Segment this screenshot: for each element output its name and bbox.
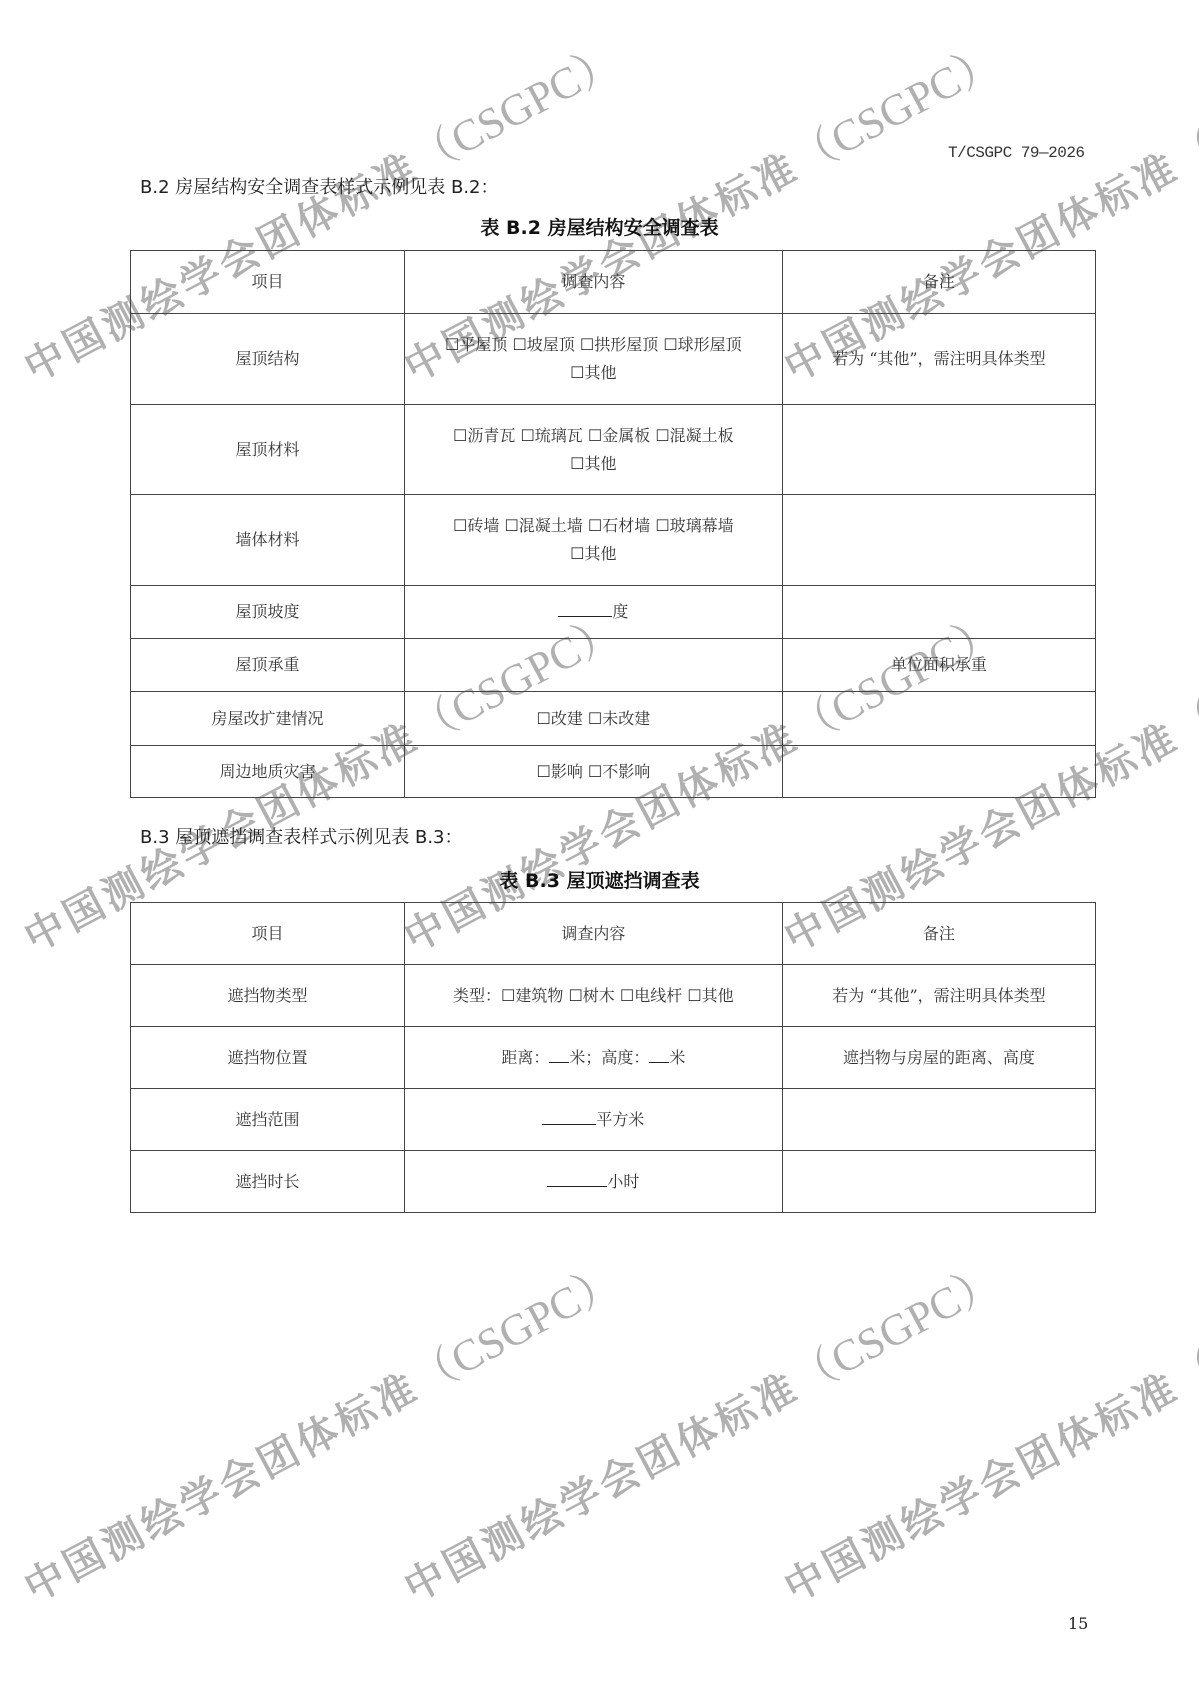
column-header-item: 项目 xyxy=(131,251,405,314)
row-content: 度 xyxy=(404,586,782,639)
column-header-content: 调查内容 xyxy=(404,903,782,965)
row-note xyxy=(782,495,1095,586)
row-content[interactable]: ☐影响 ☐不影响 xyxy=(404,746,782,798)
row-item: 遮挡时长 xyxy=(131,1151,405,1213)
row-content[interactable] xyxy=(404,639,782,692)
table-row: 屋顶承重 单位面积承重 xyxy=(131,639,1096,692)
roof-shading-table: 项目 调查内容 备注 遮挡物类型 类型：☐建筑物 ☐树木 ☐电线杆 ☐其他 若为… xyxy=(130,902,1096,1213)
unit-label: 度 xyxy=(612,602,628,621)
row-item: 周边地质灾害 xyxy=(131,746,405,798)
unit-label: 小时 xyxy=(607,1172,639,1191)
row-note xyxy=(782,1089,1095,1151)
unit-label: 平方米 xyxy=(596,1110,644,1129)
table-row: 遮挡物类型 类型：☐建筑物 ☐树木 ☐电线杆 ☐其他 若为 “其他”，需注明具体… xyxy=(131,965,1096,1027)
row-item: 遮挡范围 xyxy=(131,1089,405,1151)
table-row: 遮挡范围 平方米 xyxy=(131,1089,1096,1151)
section-heading-b2: B.2 房屋结构安全调查表样式示例见表 B.2： xyxy=(140,173,499,199)
row-content: ☐砖墙 ☐混凝土墙 ☐石材墙 ☐玻璃幕墙☐其他 xyxy=(404,495,782,586)
row-item: 屋顶结构 xyxy=(131,314,405,405)
checkbox-option-other[interactable]: ☐其他 xyxy=(411,359,776,387)
row-item: 屋顶坡度 xyxy=(131,586,405,639)
row-content: 距离：米；高度：米 xyxy=(404,1027,782,1089)
checkbox-option-other[interactable]: ☐其他 xyxy=(411,450,776,478)
row-content: ☐平屋顶 ☐坡屋顶 ☐拱形屋顶 ☐球形屋顶☐其他 xyxy=(404,314,782,405)
standard-code: T/CSGPC 79—2026 xyxy=(948,144,1085,162)
column-header-content: 调查内容 xyxy=(404,251,782,314)
fill-in-blank[interactable] xyxy=(547,1170,607,1187)
row-note xyxy=(782,692,1095,746)
table-row: 房屋改扩建情况 ☐改建 ☐未改建 xyxy=(131,692,1096,746)
table-title-b3: 表 B.3 屋顶遮挡调查表 xyxy=(0,866,1199,893)
row-item: 遮挡物位置 xyxy=(131,1027,405,1089)
row-item: 屋顶材料 xyxy=(131,405,405,495)
table-header-row: 项目 调查内容 备注 xyxy=(131,903,1096,965)
table-row: 周边地质灾害 ☐影响 ☐不影响 xyxy=(131,746,1096,798)
checkbox-options[interactable]: ☐平屋顶 ☐坡屋顶 ☐拱形屋顶 ☐球形屋顶 xyxy=(411,331,776,359)
row-content[interactable]: 类型：☐建筑物 ☐树木 ☐电线杆 ☐其他 xyxy=(404,965,782,1027)
table-row: 屋顶坡度 度 xyxy=(131,586,1096,639)
row-item: 墙体材料 xyxy=(131,495,405,586)
table-row: 遮挡时长 小时 xyxy=(131,1151,1096,1213)
page-number: 15 xyxy=(1068,1614,1088,1633)
watermark: 中国测绘学会团体标准（CSGPC） xyxy=(390,1244,1009,1614)
watermark: 中国测绘学会团体标准（CSGPC） xyxy=(770,1244,1199,1614)
watermark: 中国测绘学会团体标准（CSGPC） xyxy=(10,1244,629,1614)
row-content: 平方米 xyxy=(404,1089,782,1151)
column-header-note: 备注 xyxy=(782,251,1095,314)
row-item: 屋顶承重 xyxy=(131,639,405,692)
table-row: 屋顶材料 ☐沥青瓦 ☐琉璃瓦 ☐金属板 ☐混凝土板☐其他 xyxy=(131,405,1096,495)
row-content: ☐沥青瓦 ☐琉璃瓦 ☐金属板 ☐混凝土板☐其他 xyxy=(404,405,782,495)
row-note: 若为 “其他”，需注明具体类型 xyxy=(782,965,1095,1027)
column-header-item: 项目 xyxy=(131,903,405,965)
fill-in-blank[interactable] xyxy=(558,600,612,617)
table-row: 墙体材料 ☐砖墙 ☐混凝土墙 ☐石材墙 ☐玻璃幕墙☐其他 xyxy=(131,495,1096,586)
fill-in-blank[interactable] xyxy=(542,1108,596,1125)
row-item: 遮挡物类型 xyxy=(131,965,405,1027)
row-content: 小时 xyxy=(404,1151,782,1213)
height-blank[interactable] xyxy=(649,1046,669,1063)
row-note xyxy=(782,586,1095,639)
row-note xyxy=(782,405,1095,495)
distance-blank[interactable] xyxy=(549,1046,569,1063)
row-note xyxy=(782,1151,1095,1213)
row-note: 若为 “其他”，需注明具体类型 xyxy=(782,314,1095,405)
checkbox-option-other[interactable]: ☐其他 xyxy=(411,540,776,568)
structure-safety-table: 项目 调查内容 备注 屋顶结构 ☐平屋顶 ☐坡屋顶 ☐拱形屋顶 ☐球形屋顶☐其他… xyxy=(130,250,1096,798)
table-header-row: 项目 调查内容 备注 xyxy=(131,251,1096,314)
checkbox-options[interactable]: ☐砖墙 ☐混凝土墙 ☐石材墙 ☐玻璃幕墙 xyxy=(411,512,776,540)
checkbox-options[interactable]: ☐沥青瓦 ☐琉璃瓦 ☐金属板 ☐混凝土板 xyxy=(411,422,776,450)
table-row: 遮挡物位置 距离：米；高度：米 遮挡物与房屋的距离、高度 xyxy=(131,1027,1096,1089)
column-header-note: 备注 xyxy=(782,903,1095,965)
table-row: 屋顶结构 ☐平屋顶 ☐坡屋顶 ☐拱形屋顶 ☐球形屋顶☐其他 若为 “其他”，需注… xyxy=(131,314,1096,405)
row-note: 单位面积承重 xyxy=(782,639,1095,692)
row-content[interactable]: ☐改建 ☐未改建 xyxy=(404,692,782,746)
row-note xyxy=(782,746,1095,798)
section-heading-b3: B.3 屋顶遮挡调查表样式示例见表 B.3： xyxy=(140,823,463,849)
row-item: 房屋改扩建情况 xyxy=(131,692,405,746)
row-note: 遮挡物与房屋的距离、高度 xyxy=(782,1027,1095,1089)
table-title-b2: 表 B.2 房屋结构安全调查表 xyxy=(0,213,1199,240)
